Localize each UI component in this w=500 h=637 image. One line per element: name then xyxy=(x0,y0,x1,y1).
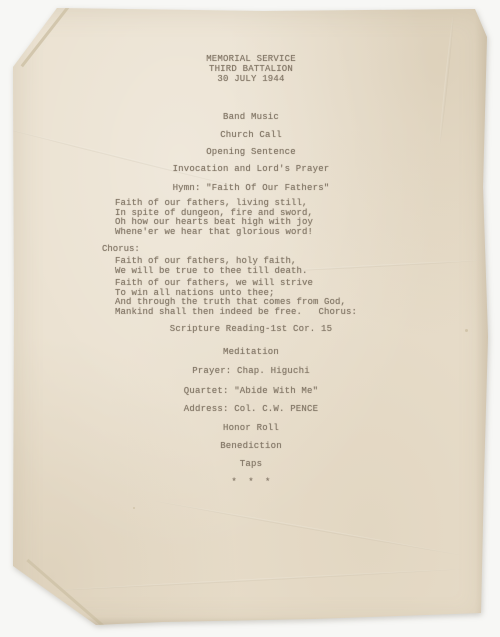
header-unit: THIRD BATTALION xyxy=(13,64,489,74)
paper-speck xyxy=(133,507,135,509)
paper-crease xyxy=(155,500,461,556)
hymn-verse-2-line: Mankind shall then indeed be free. Choru… xyxy=(115,308,357,318)
program-item-scripture-reading: Scripture Reading-1st Cor. 15 xyxy=(13,324,489,334)
program-item-prayer: Prayer: Chap. Higuchi xyxy=(13,366,489,376)
program-item-quartet: Quartet: "Abide With Me" xyxy=(13,386,489,396)
paper-bottom-edge-shadow xyxy=(13,617,489,627)
program-item-taps: Taps xyxy=(13,459,489,469)
program-item-church-call: Church Call xyxy=(13,130,489,140)
program-item-hymn-title: Hymn: "Faith Of Our Fathers" xyxy=(13,183,489,193)
program-item-band-music: Band Music xyxy=(13,112,489,122)
program-end-stars: * * * xyxy=(13,477,489,487)
paper-crease xyxy=(43,568,463,592)
program-item-invocation: Invocation and Lord's Prayer xyxy=(13,164,489,174)
hymn-chorus: Faith of our fathers, holy faith, We wil… xyxy=(115,257,308,276)
scan-background: MEMORIAL SERVICE THIRD BATTALION 30 JULY… xyxy=(0,0,500,637)
program-item-benediction: Benediction xyxy=(13,441,489,451)
hymn-chorus-line: We will be true to thee till death. xyxy=(115,267,308,277)
program-item-address: Address: Col. C.W. PENCE xyxy=(13,404,489,414)
program-item-opening-sentence: Opening Sentence xyxy=(13,147,489,157)
hymn-verse-1: Faith of our fathers, living still, In s… xyxy=(115,199,313,237)
hymn-chorus-label: Chorus: xyxy=(102,244,140,254)
header-title: MEMORIAL SERVICE xyxy=(13,54,489,64)
document-header: MEMORIAL SERVICE THIRD BATTALION 30 JULY… xyxy=(13,54,489,84)
hymn-verse-2: Faith of our fathers, we will strive To … xyxy=(115,279,357,317)
program-item-meditation: Meditation xyxy=(13,347,489,357)
hymn-verse-1-line: Whene'er we hear that glorious word! xyxy=(115,228,313,238)
memorial-service-program-page: MEMORIAL SERVICE THIRD BATTALION 30 JULY… xyxy=(13,7,489,627)
paper-right-edge-shadow xyxy=(475,7,489,627)
program-item-honor-roll: Honor Roll xyxy=(13,423,489,433)
header-date: 30 JULY 1944 xyxy=(13,74,489,84)
